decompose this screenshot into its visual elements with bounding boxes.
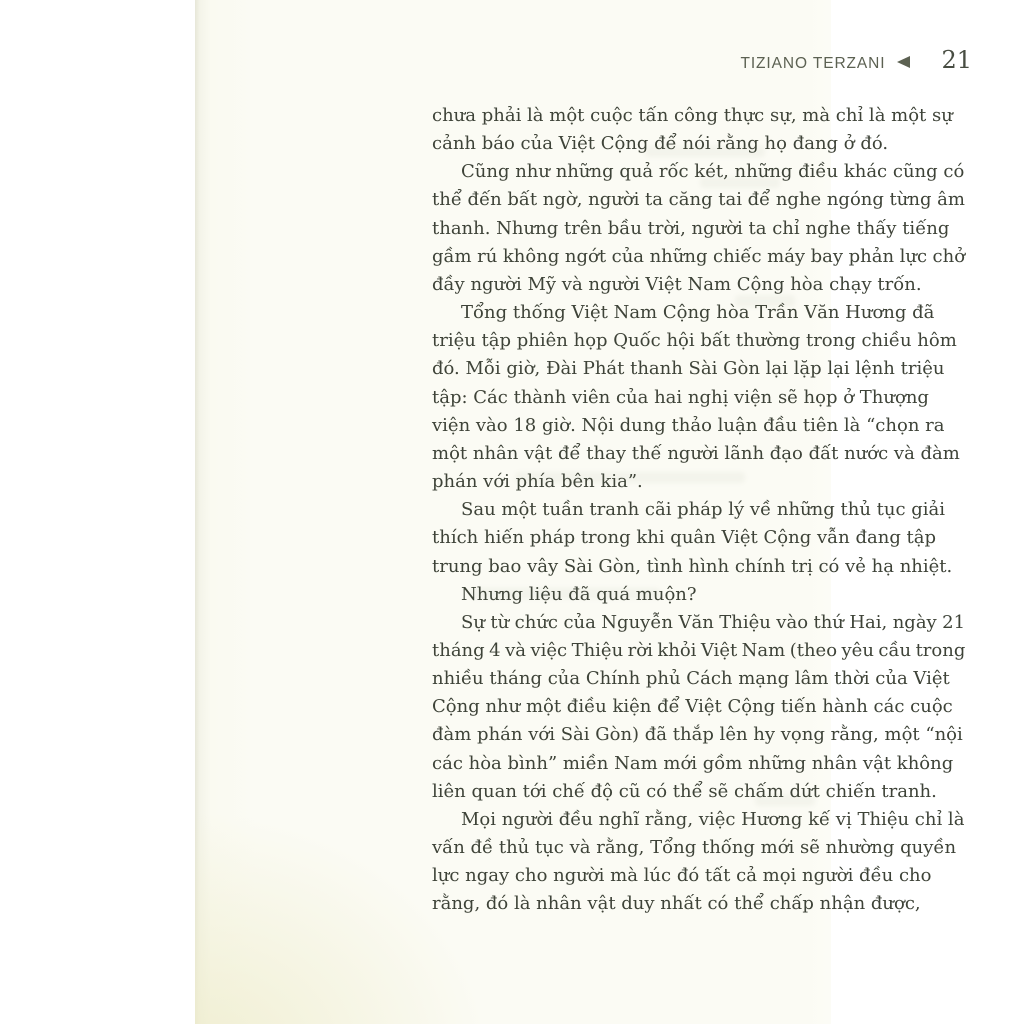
text-line: chưa phải là một cuộc tấn công thực sự, … bbox=[432, 102, 965, 130]
paragraph: Cũng như những quả rốc két, những điều k… bbox=[432, 158, 965, 299]
left-triangle-icon bbox=[897, 56, 910, 68]
page-number: 21 bbox=[941, 46, 972, 74]
paragraph: Tổng thống Việt Nam Cộng hòa Trần Văn Hư… bbox=[432, 299, 965, 496]
text-line: thích hiến pháp trong khi quân Việt Cộng… bbox=[432, 524, 965, 552]
text-line: Nhưng liệu đã quá muộn? bbox=[432, 581, 965, 609]
paragraph: Sự từ chức của Nguyễn Văn Thiệu vào thứ … bbox=[432, 609, 965, 806]
text-line: gầm rú không ngớt của những chiếc máy ba… bbox=[432, 243, 965, 271]
paragraph: Sau một tuần tranh cãi pháp lý về những … bbox=[432, 496, 965, 580]
text-line: Mọi người đều nghĩ rằng, việc Hương kế v… bbox=[432, 806, 965, 834]
paragraph: chưa phải là một cuộc tấn công thực sự, … bbox=[432, 102, 965, 158]
text-line: Cũng như những quả rốc két, những điều k… bbox=[432, 158, 965, 186]
text-line: Sự từ chức của Nguyễn Văn Thiệu vào thứ … bbox=[432, 609, 965, 637]
text-line: lực ngay cho người mà lúc đó tất cả mọi … bbox=[432, 862, 965, 890]
scanned-book-photo: TIZIANO TERZANI 21 chưa phải là một cuộc… bbox=[0, 0, 1024, 1024]
text-line: tháng 4 và việc Thiệu rời khỏi Việt Nam … bbox=[432, 637, 965, 665]
paragraph: Mọi người đều nghĩ rằng, việc Hương kế v… bbox=[432, 806, 965, 919]
running-head-author: TIZIANO TERZANI bbox=[740, 55, 885, 73]
text-line: rằng, đó là nhân vật duy nhất có thể chấ… bbox=[432, 890, 965, 918]
text-line: các hòa bình” miền Nam mới gồm những nhâ… bbox=[432, 750, 965, 778]
text-line: Sau một tuần tranh cãi pháp lý về những … bbox=[432, 496, 965, 524]
text-line: đàm phán với Sài Gòn) đã thắp lên hy vọn… bbox=[432, 721, 965, 749]
text-line: cảnh báo của Việt Cộng để nói rằng họ đa… bbox=[432, 130, 965, 158]
text-line: Tổng thống Việt Nam Cộng hòa Trần Văn Hư… bbox=[432, 299, 965, 327]
text-line: nhiều tháng của Chính phủ Cách mạng lâm … bbox=[432, 665, 965, 693]
text-line: viện vào 18 giờ. Nội dung thảo luận đầu … bbox=[432, 412, 965, 440]
body-text: chưa phải là một cuộc tấn công thực sự, … bbox=[432, 102, 965, 919]
text-line: liên quan tới chế độ cũ có thể sẽ chấm d… bbox=[432, 778, 965, 806]
text-line: Cộng như một điều kiện để Việt Cộng tiến… bbox=[432, 693, 965, 721]
text-line: phán với phía bên kia”. bbox=[432, 468, 965, 496]
book-page: TIZIANO TERZANI 21 chưa phải là một cuộc… bbox=[195, 0, 831, 1024]
text-line: tập: Các thành viên của hai nghị viện sẽ… bbox=[432, 384, 965, 412]
text-line: đó. Mỗi giờ, Đài Phát thanh Sài Gòn lại … bbox=[432, 355, 965, 383]
text-line: thể đến bất ngờ, người ta căng tai để ng… bbox=[432, 186, 965, 214]
text-line: thanh. Nhưng trên bầu trời, người ta chỉ… bbox=[432, 215, 965, 243]
running-head: TIZIANO TERZANI 21 bbox=[432, 46, 972, 76]
paragraph: Nhưng liệu đã quá muộn? bbox=[432, 581, 965, 609]
text-line: một nhân vật để thay thế người lãnh đạo … bbox=[432, 440, 965, 468]
text-line: đầy người Mỹ và người Việt Nam Cộng hòa … bbox=[432, 271, 965, 299]
text-line: triệu tập phiên họp Quốc hội bất thường … bbox=[432, 327, 965, 355]
text-line: trung bao vây Sài Gòn, tình hình chính t… bbox=[432, 553, 965, 581]
text-line: vấn đề thủ tục và rằng, Tổng thống mới s… bbox=[432, 834, 965, 862]
